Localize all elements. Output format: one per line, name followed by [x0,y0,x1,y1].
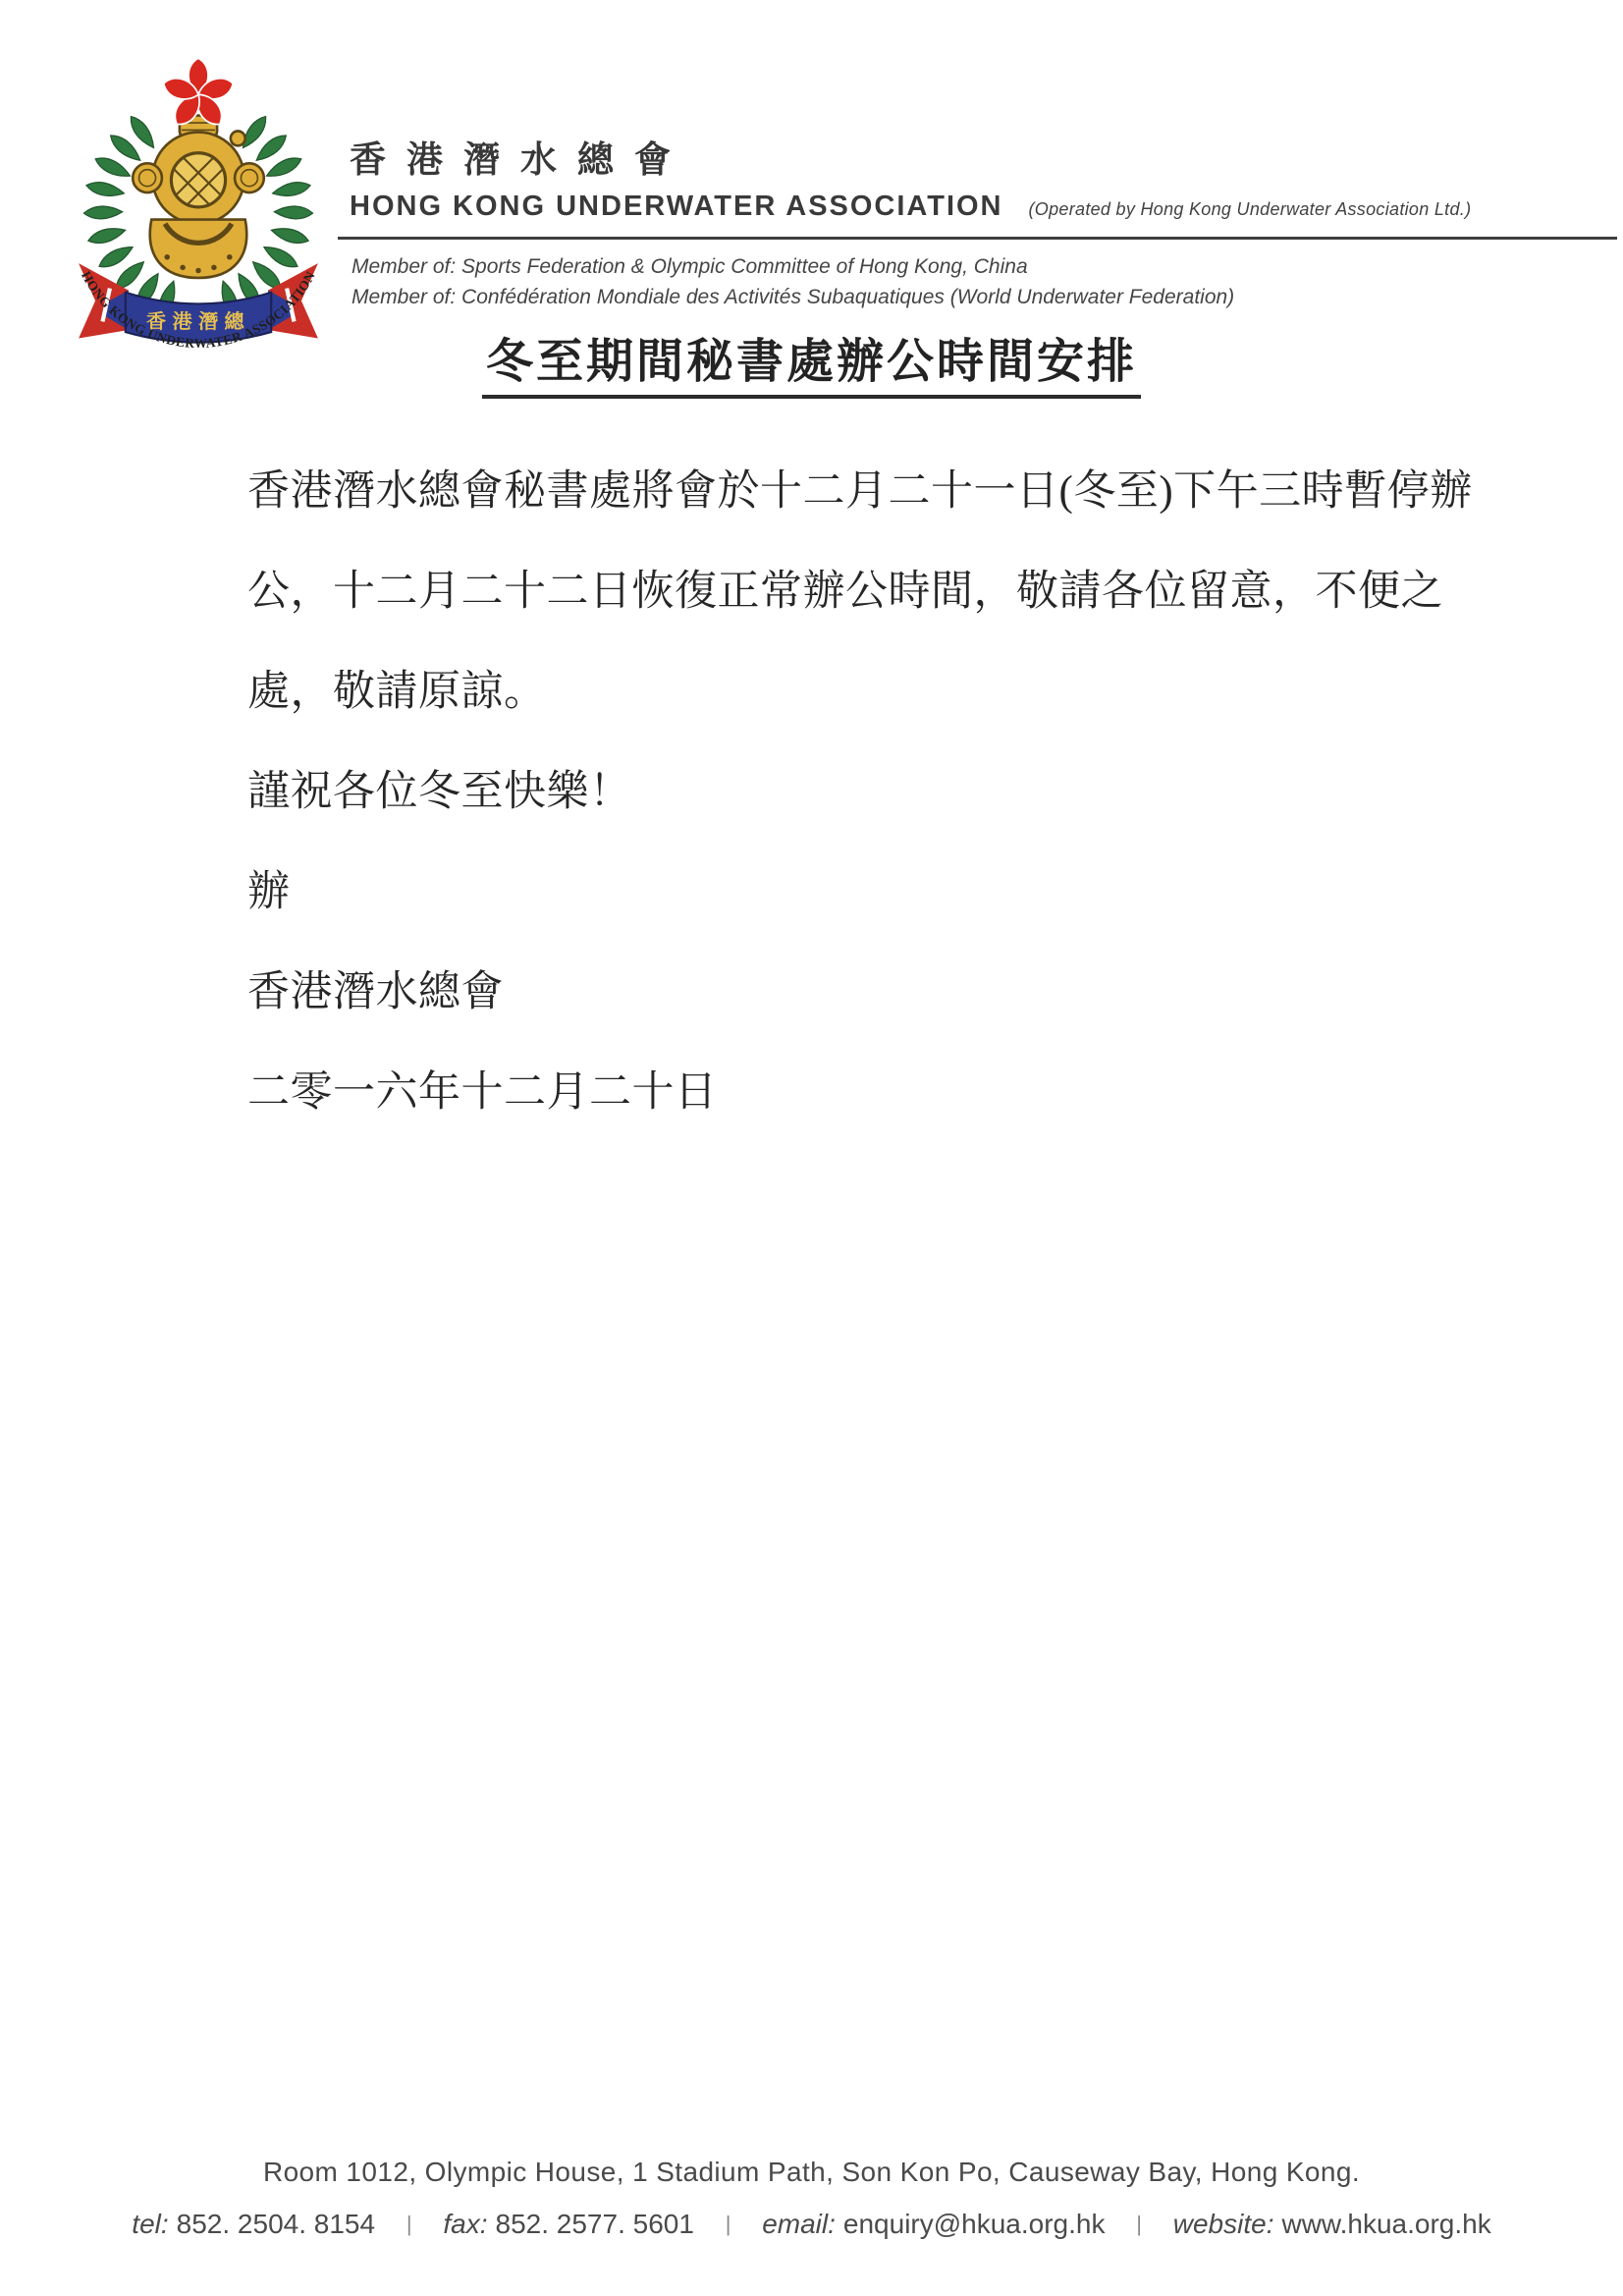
footer-contacts: tel:852. 2504. 8154 | fax:852. 2577. 560… [0,2209,1623,2240]
membership-lines: Member of: Sports Federation & Olympic C… [352,251,1234,312]
contact-website-label: website: [1173,2209,1274,2239]
letter-title: 冬至期間秘書處辦公時間安排 [482,323,1141,399]
footer-separator: | [702,2212,755,2237]
letter-document: 香港潛總 [0,0,1623,2296]
contact-tel-label: tel: [132,2209,168,2239]
contact-fax-label: fax: [443,2209,487,2239]
org-name-chinese: 香港潛水總會 [350,130,691,183]
org-name-english: HONG KONG UNDERWATER ASSOCIATION [350,191,1003,223]
contact-website-value: www.hkua.org.hk [1281,2209,1490,2239]
footer-address: Room 1012, Olympic House, 1 Stadium Path… [0,2157,1623,2188]
contact-fax: fax:852. 2577. 5601 [443,2209,694,2239]
letter-body-line: 處，敬請原諒。 [247,642,1406,742]
letter-date: 二零一六年十二月二十日 [247,1043,1406,1143]
letter-body-line: 香港潛水總會秘書處將會於十二月二十一日(冬至)下午三時暫停辦 [247,442,1406,542]
contact-email-value: enquiry@hkua.org.hk [843,2209,1106,2239]
membership-line-sports-federation: Member of: Sports Federation & Olympic C… [352,251,1234,282]
hkua-logo: 香港潛總 [55,53,342,365]
contact-tel-value: 852. 2504. 8154 [177,2209,375,2239]
contact-email: email:enquiry@hkua.org.hk [762,2209,1105,2239]
letter-title-row: 冬至期間秘書處辦公時間安排 [0,323,1623,399]
greeting-line: 謹祝各位冬至快樂！ [247,742,1406,843]
contact-email-label: email: [762,2209,836,2239]
org-name-row: HONG KONG UNDERWATER ASSOCIATION (Operat… [350,191,1471,223]
membership-line-cmas: Member of: Confédération Mondiale des Ac… [352,282,1234,312]
hkua-logo-svg: 香港潛總 [55,53,342,365]
contact-website: website:www.hkua.org.hk [1173,2209,1491,2239]
footer-separator: | [1112,2212,1165,2237]
signoff-organization: 香港潛水總會 [247,943,1406,1043]
footer-separator: | [383,2212,436,2237]
letterhead-footer: Room 1012, Olympic House, 1 Stadium Path… [0,2157,1623,2240]
header-divider [338,237,1617,240]
operated-by-note: (Operated by Hong Kong Underwater Associ… [1029,199,1472,220]
letter-body-line: 公，十二月二十二日恢復正常辦公時間，敬請各位留意，不便之 [247,542,1406,642]
letter-body: 香港潛水總會秘書處將會於十二月二十一日(冬至)下午三時暫停辦 公，十二月二十二日… [247,442,1406,1143]
contact-fax-value: 852. 2577. 5601 [496,2209,694,2239]
signoff-line: 辦 [247,843,1406,943]
contact-tel: tel:852. 2504. 8154 [132,2209,375,2239]
